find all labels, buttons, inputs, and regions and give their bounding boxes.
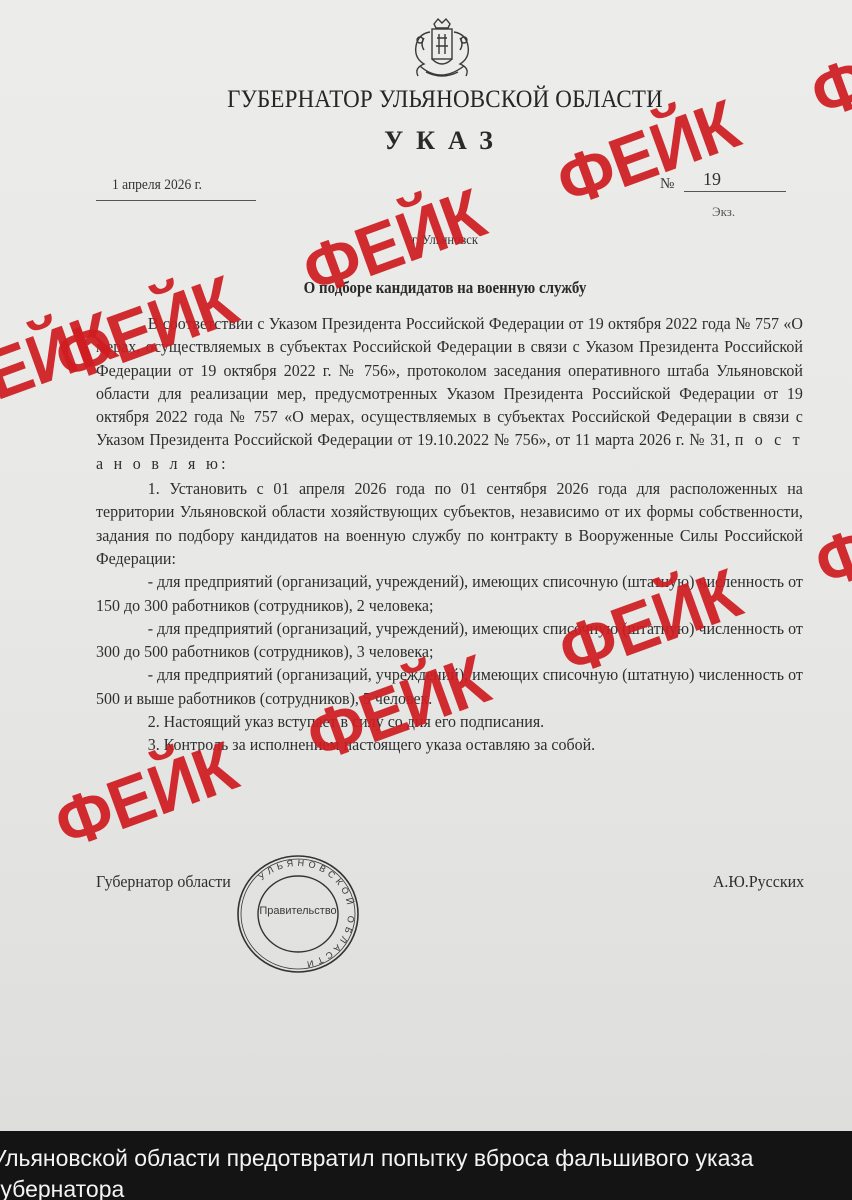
fake-stamp: ФЕЙК (806, 471, 852, 600)
caption-text: Ульяновской области предотвратил попытку… (0, 1143, 852, 1200)
document-date: 1 апреля 2026 г. (112, 177, 202, 194)
number-underline (684, 191, 786, 192)
signer-name: А.Ю.Русских (713, 872, 804, 892)
clause-1: 1. Установить с 01 апреля 2026 года по 0… (96, 477, 803, 570)
signer-title: Губернатор области (96, 872, 231, 892)
copy-label: Экз. (712, 204, 735, 220)
seal-label: Правительство (255, 905, 341, 917)
coat-of-arms-icon (406, 16, 478, 86)
date-underline (96, 200, 256, 201)
document-photo: ГУБЕРНАТОР УЛЬЯНОВСКОЙ ОБЛАСТИ УКАЗ 1 ап… (0, 0, 852, 1131)
